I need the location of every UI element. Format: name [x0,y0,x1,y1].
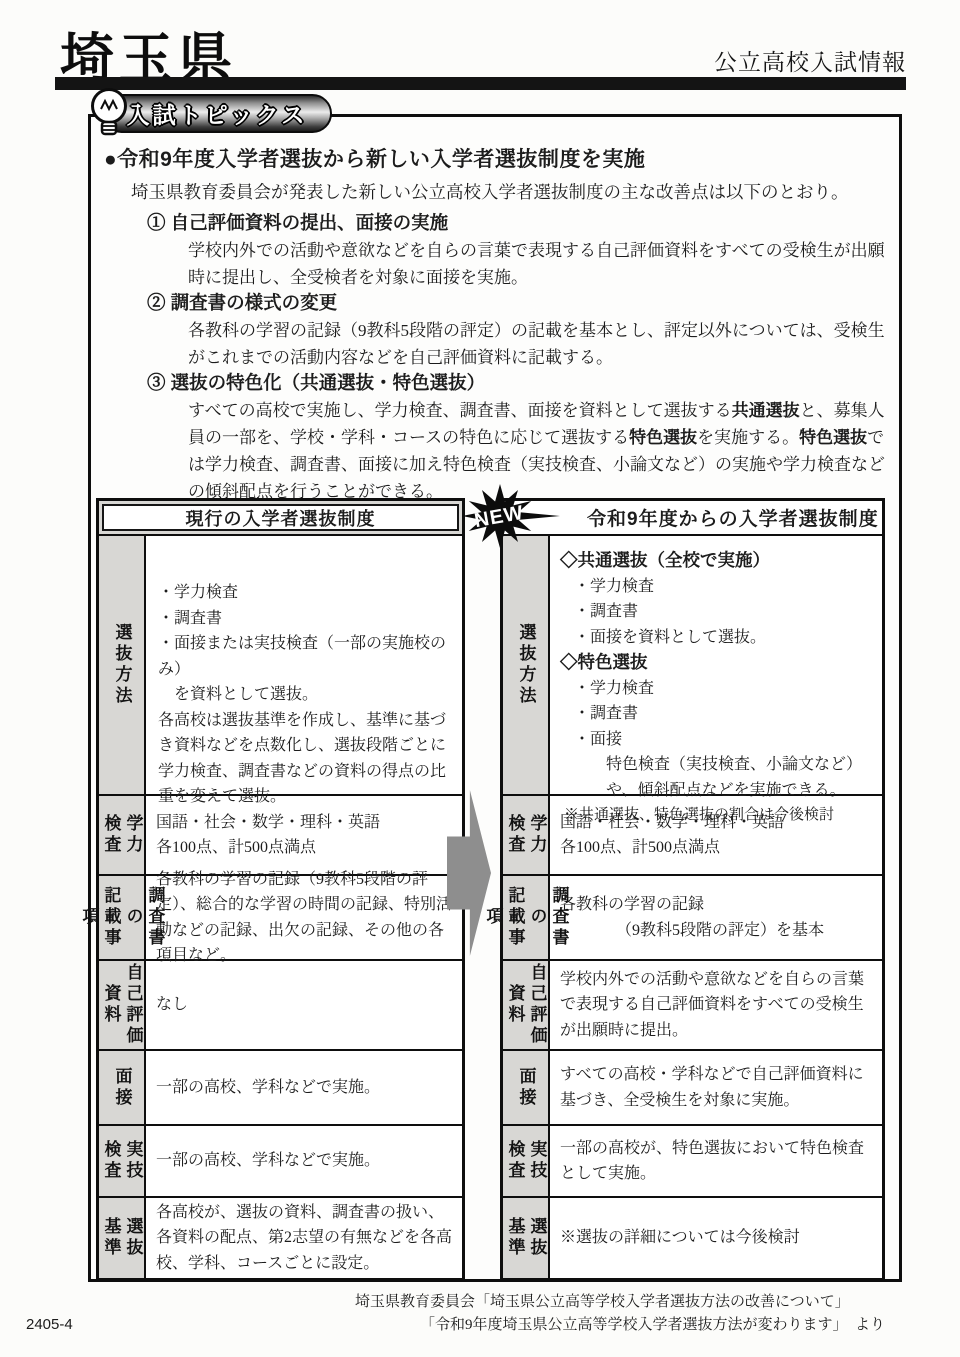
table-row: 自己評価 資料 なし [99,961,462,1051]
source-credit-line-2: 「令和9年度埼玉県公立高等学校入学者選抜方法が変わります」 より [420,1313,885,1334]
row-label: 面接 [515,1067,537,1109]
content-line: 一部の高校、学科などで実施。 [156,1148,454,1174]
content-line: ・調査書 [560,599,874,625]
row-label-cell: 実技 検査 [99,1126,146,1196]
row-content: 一部の高校、学科などで実施。 [146,1126,462,1196]
row-label-cell: 自己評価 資料 [99,961,146,1049]
content-line: ・調査書 [560,701,874,727]
new-starburst-icon: NEW [460,482,564,552]
topics-box: ●令和9年度入学者選抜から新しい入学者選抜制度を実施 埼玉県教育委員会が発表した… [88,114,902,1282]
current-table-header-box: 現行の入学者選抜制度 [102,504,459,531]
content-line: ・学力検査 [158,580,454,606]
row-content: 一部の高校が、特色選抜において特色検査として実施。 [550,1126,882,1196]
table-row: 実技 検査 一部の高校、学科などで実施。 [99,1126,462,1198]
row-label: 選抜方法 [515,623,537,707]
content-line: 各100点、計500点満点 [156,835,454,861]
new-table-title: 令和9年度からの入学者選抜制度 [587,504,879,531]
row-label: 実技 検査 [504,1140,548,1182]
row-content: 学校内外での活動や意欲などを自らの言葉で表現する自己評価資料をすべての受検生が出… [550,961,882,1049]
row-label-cell: 選抜 基準 [99,1198,146,1278]
table-row: 選抜 基準 ※選抜の詳細については今後検討 [503,1198,882,1278]
current-table-title: 現行の入学者選抜制度 [186,505,376,531]
badge-label: 入試トピックス [127,97,308,130]
row-label-cell: 調査書の 記載事項 [99,876,146,959]
topics-badge: 入試トピックス [88,91,338,137]
row-label: 面接 [111,1067,133,1109]
row-content: 一部の高校、学科などで実施。 [146,1051,462,1124]
table-row: 実技 検査 一部の高校が、特色選抜において特色検査として実施。 [503,1126,882,1198]
row-label-cell: 面接 [99,1051,146,1124]
row-label-cell: 選抜方法 [99,536,146,794]
row-content: 各高校が、選抜の資料、調査書の扱い、各資料の配点、第2志望の有無などを各高校、学… [146,1198,462,1278]
content-line: ・面接または実技検査（一部の実施校のみ） [158,631,454,682]
document-page: 埼玉県 公立高校入試情報 入試トピックス ●令和9年度入学者選抜から新しい入学者… [0,0,960,1357]
row-content: ※選抜の詳細については今後検討 [550,1198,882,1278]
row-label-cell: 選抜 基準 [503,1198,550,1278]
table-row: 学力 検査 国語・社会・数学・理科・英語各100点、計500点満点 [99,796,462,876]
row-content: 各教科の学習の記録 （9教科5段階の評定）を基本 [550,876,882,959]
table-row: 調査書の 記載事項 各教科の学習の記録（9教科5段階の評定）、総合的な学習の時間… [99,876,462,961]
content-line: 各100点、計500点満点 [560,835,874,861]
content-line: 国語・社会・数学・理科・英語 [560,810,874,836]
content-line: ・学力検査 [560,574,874,600]
row-label: 自己評価 資料 [100,963,144,1047]
row-content: 各教科の学習の記録（9教科5段階の評定）、総合的な学習の時間の記録、特別活動など… [146,876,462,959]
row-content: すべての高校・学科などで自己評価資料に基づき、全受検生を対象に実施。 [550,1051,882,1124]
row-content: ・学力検査・調査書・面接または実技検査（一部の実施校のみ） を資料として選抜。各… [146,536,462,794]
content-line: 特色検査（実技検査、小論文など） [560,752,874,778]
row-label: 選抜 基準 [504,1217,548,1259]
content-line: （9教科5段階の評定）を基本 [560,918,874,944]
row-content: ◇共通選抜（全校で実施）・学力検査・調査書・面接を資料として選抜。◇特色選抜・学… [550,536,882,794]
row-label-cell: 自己評価 資料 [503,961,550,1049]
content-line: 一部の高校、学科などで実施。 [156,1075,454,1101]
intro-text: 埼玉県教育委員会が発表した新しい公立高校入学者選抜制度の主な改善点は以下のとおり… [131,179,849,204]
row-content: 国語・社会・数学・理科・英語各100点、計500点満点 [550,796,882,874]
row-label: 自己評価 資料 [504,963,548,1047]
new-system-table: 令和9年度からの入学者選抜制度 選抜方法 ◇共通選抜（全校で実施）・学力検査・調… [500,498,885,1281]
content-line: ・学力検査 [560,676,874,702]
row-label-cell: 調査書の 記載事項 [503,876,550,959]
content-line: 各高校は選抜基準を作成し、基準に基づき資料などを点数化し、選抜段階ごとに学力検査… [158,708,454,810]
section-title: ●令和9年度入学者選抜から新しい入学者選抜制度を実施 [104,143,645,173]
content-line: ◇共通選抜（全校で実施） [560,548,874,574]
row-label: 実技 検査 [100,1140,144,1182]
content-line: 学校内外での活動や意欲などを自らの言葉で表現する自己評価資料をすべての受検生が出… [560,967,874,1044]
table-row: 調査書の 記載事項 各教科の学習の記録 （9教科5段階の評定）を基本 [503,876,882,961]
point-2-title: ② 調査書の様式の変更 [147,289,337,315]
row-content: 国語・社会・数学・理科・英語各100点、計500点満点 [146,796,462,874]
badge-capsule: 入試トピックス [102,94,332,133]
table-row: 自己評価 資料 学校内外での活動や意欲などを自らの言葉で表現する自己評価資料をす… [503,961,882,1051]
point-1-body: 学校内外での活動や意欲などを自らの言葉で表現する自己評価資料をすべての受検生が出… [188,237,888,291]
row-label: 選抜方法 [111,623,133,707]
content-line: すべての高校・学科などで自己評価資料に基づき、全受検生を対象に実施。 [560,1062,874,1113]
content-line: ※選抜の詳細については今後検討 [560,1225,874,1251]
table-row: 面接 一部の高校、学科などで実施。 [99,1051,462,1126]
content-line: ・調査書 [158,606,454,632]
row-label-cell: 学力 検査 [99,796,146,874]
source-credit-line-1: 埼玉県教育委員会「埼玉県公立高等学校入学者選抜方法の改善について」 [355,1290,850,1311]
lightbulb-icon [86,85,132,141]
table-row: 選抜 基準 各高校が、選抜の資料、調査書の扱い、各資料の配点、第2志望の有無など… [99,1198,462,1278]
content-line: ・面接を資料として選抜。 [560,625,874,651]
row-label-cell: 学力 検査 [503,796,550,874]
row-label-cell: 選抜方法 [503,536,550,794]
table-row: 選抜方法 ・学力検査・調査書・面接または実技検査（一部の実施校のみ） を資料とし… [99,536,462,796]
corner-heading: 公立高校入試情報 [714,44,906,77]
row-label-cell: 面接 [503,1051,550,1124]
point-3-title: ③ 選抜の特色化（共通選抜・特色選抜） [147,369,485,395]
content-line: 国語・社会・数学・理科・英語 [156,810,454,836]
row-label-cell: 実技 検査 [503,1126,550,1196]
content-line: ◇特色選抜 [560,650,874,676]
content-line: 各教科の学習の記録（9教科5段階の評定）、総合的な学習の時間の記録、特別活動など… [156,867,454,969]
row-label: 学力 検査 [100,814,144,856]
content-line: ・面接 [560,727,874,753]
document-code: 2405-4 [26,1316,73,1333]
row-label: 学力 検査 [504,814,548,856]
content-line: を資料として選抜。 [158,682,454,708]
table-row: 選抜方法 ◇共通選抜（全校で実施）・学力検査・調査書・面接を資料として選抜。◇特… [503,536,882,796]
table-row: 面接 すべての高校・学科などで自己評価資料に基づき、全受検生を対象に実施。 [503,1051,882,1126]
content-line: なし [156,992,454,1018]
point-2-body: 各教科の学習の記録（9教科5段階の評定）の記載を基本とし、評定以外については、受… [188,317,888,371]
header-rule-bar [55,77,906,90]
current-system-table: 現行の入学者選抜制度 選抜方法 ・学力検査・調査書・面接または実技検査（一部の実… [96,498,465,1281]
table-row: 学力 検査 国語・社会・数学・理科・英語各100点、計500点満点 [503,796,882,876]
content-line: 各教科の学習の記録 [560,892,874,918]
current-table-header: 現行の入学者選抜制度 [99,501,462,536]
content-line: 各高校が、選抜の資料、調査書の扱い、各資料の配点、第2志望の有無などを各高校、学… [156,1200,454,1277]
content-line: 一部の高校が、特色選抜において特色検査として実施。 [560,1136,874,1187]
row-label: 選抜 基準 [100,1217,144,1259]
row-content: なし [146,961,462,1049]
point-1-title: ① 自己評価資料の提出、面接の実施 [147,209,448,235]
